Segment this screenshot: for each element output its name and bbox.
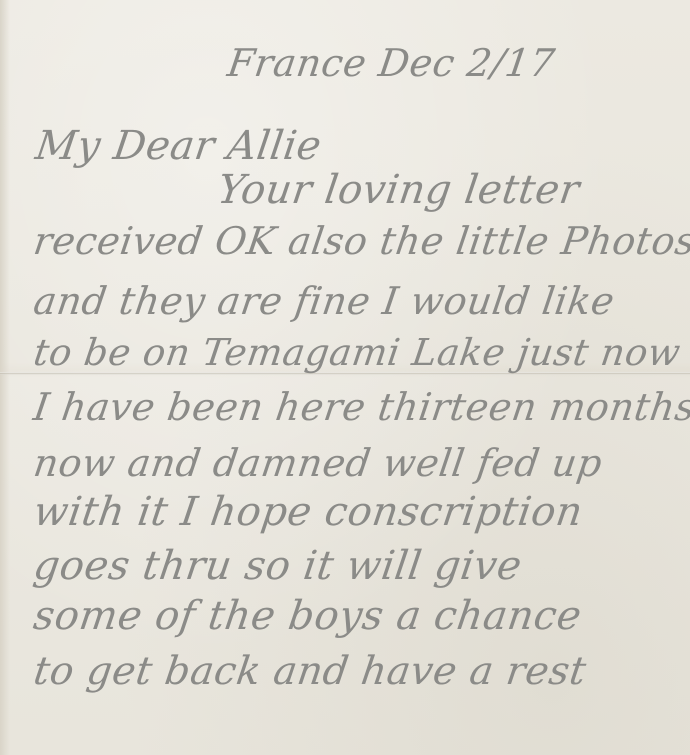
letter-body-line: goes thru so it will give [31,546,524,586]
letter-heading-place-date: France Dec 2/17 [225,44,557,82]
letter-body-line: now and damned well fed up [31,444,604,482]
letter-body-line: to get back and have a rest [31,652,588,691]
letter-paper [0,0,690,755]
letter-body-line: received OK also the little Photos [31,222,690,260]
letter-body-line: some of the boys a chance [31,596,584,636]
letter-body-line: with it I hope conscription [31,492,585,532]
letter-body-line: and they are fine I would like [31,282,617,320]
letter-body-line: I have been here thirteen months [31,388,690,426]
letter-salutation: My Dear Allie [33,126,324,166]
paper-edge [0,0,10,755]
letter-body-line: Your loving letter [215,170,582,210]
letter-body-line: to be on Temagami Lake just now [31,334,682,371]
